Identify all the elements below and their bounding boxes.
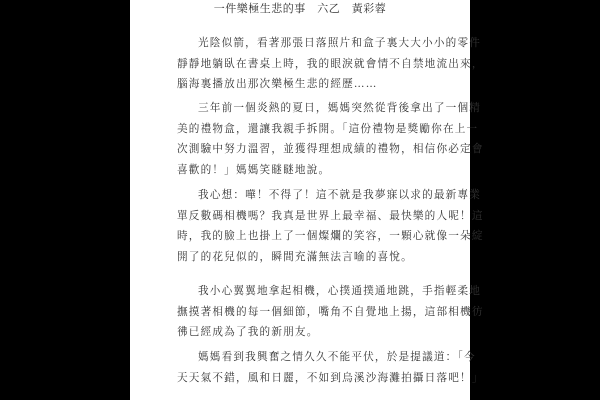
text-line: 開了的花兒似的，瞬間充滿無法言喻的喜悅。 — [177, 247, 427, 268]
text-line: 媽媽看到我興奮之情久久不能平伏，於是提議道：「今 — [177, 347, 427, 368]
text-line: 彿已經成為了我的新朋友。 — [177, 322, 427, 343]
text-line: 美的禮物盒，還讓我親手拆開。「這份禮物是獎勵你在上一 — [177, 119, 427, 140]
text-line: 時，我的臉上也掛上了一個燦爛的笑容，一顆心就像一朵綻 — [177, 226, 427, 247]
text-line: 光陰似箭，看著那張日落照片和盒子裏大大小小的零件 — [177, 33, 427, 54]
document-title: 一件樂極生悲的事 六乙 黃彩蓉 — [130, 2, 470, 16]
document-page: 一件樂極生悲的事 六乙 黃彩蓉 光陰似箭，看著那張日落照片和盒子裏大大小小的零件… — [130, 0, 470, 400]
paragraph-2: 三年前一個炎熱的夏日，媽媽突然從背後拿出了一個精 美的禮物盒，還讓我親手拆開。「… — [177, 98, 427, 180]
paragraph-4: 我小心翼翼地拿起相機，心撲通撲通地跳，手指輕柔地 撫摸著相機的每一個細節，嘴角不… — [177, 281, 427, 343]
text-line: 喜歡的！」媽媽笑瞇瞇地說。 — [177, 160, 427, 181]
paragraph-3: 我心想：嘩！不得了！這不就是我夢寐以求的最新專業 單反數碼相機嗎？我真是世界上最… — [177, 185, 427, 267]
paragraph-5: 媽媽看到我興奮之情久久不能平伏，於是提議道：「今 天天氣不錯，風和日麗，不如到烏… — [177, 347, 427, 388]
text-line: 單反數碼相機嗎？我真是世界上最幸福、最快樂的人呢！這 — [177, 206, 427, 227]
text-line: 次測驗中努力溫習，並獲得理想成績的禮物，相信你必定會 — [177, 139, 427, 160]
text-line: 腦海裏播放出那次樂極生悲的經歷…… — [177, 74, 427, 95]
text-line: 靜靜地躺臥在書桌上時，我的眼淚就會情不自禁地流出來， — [177, 54, 427, 75]
paragraph-1: 光陰似箭，看著那張日落照片和盒子裏大大小小的零件 靜靜地躺臥在書桌上時，我的眼淚… — [177, 33, 427, 95]
text-line: 撫摸著相機的每一個細節，嘴角不自覺地上揚，這部相機彷 — [177, 302, 427, 323]
text-line: 我小心翼翼地拿起相機，心撲通撲通地跳，手指輕柔地 — [177, 281, 427, 302]
text-line: 三年前一個炎熱的夏日，媽媽突然從背後拿出了一個精 — [177, 98, 427, 119]
text-line: 天天氣不錯，風和日麗，不如到烏溪沙海灘拍攝日落吧！」 — [177, 368, 427, 389]
text-line: 我心想：嘩！不得了！這不就是我夢寐以求的最新專業 — [177, 185, 427, 206]
